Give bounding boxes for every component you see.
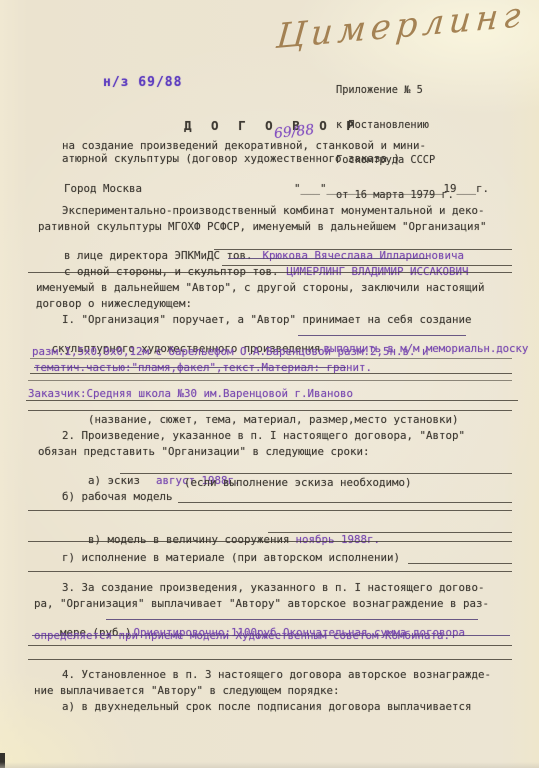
blank-underline (26, 400, 518, 401)
city-label: Город Москва (64, 182, 142, 195)
preamble-line2: ративной скульптуры МГОХФ РСФСР, именуем… (38, 220, 487, 233)
clause3-line2: ра, "Организация" выплачивает "Автору" а… (34, 597, 489, 610)
item-v-label: в) модель в величину сооружения (88, 533, 290, 546)
registration-stamp: н/з 69/88 (103, 75, 182, 90)
strike-line (34, 367, 346, 368)
form-rule (28, 510, 512, 511)
item-a-label: а) эскиз (88, 474, 140, 487)
strike-line (228, 258, 428, 259)
clause4-line2: ние выплачивается "Автору" в следующем п… (34, 684, 340, 697)
strike-line (106, 619, 478, 620)
item-v-date-fill: ноябрь 1988г. (296, 533, 381, 546)
clause2-line1: 2. Произведение, указанное в п. I настоя… (62, 429, 465, 442)
strike-line (298, 335, 466, 336)
handwritten-signature: Цимерлинг (275, 0, 527, 57)
clause2-line2: обязан представить "Организации" в следу… (38, 445, 370, 458)
blank-underline (214, 249, 512, 250)
form-rule (28, 659, 512, 660)
clause4-line1: 4. Установленное в п. 3 настоящего догов… (62, 668, 491, 681)
scanned-contract-page: Цимерлинг н/з 69/88 Приложение № 5 к Пос… (0, 0, 539, 768)
blank-underline (178, 502, 512, 503)
work-dimensions-fill: разм.1,5х0,9х0,12м с барельефом О.А.Варе… (32, 345, 429, 358)
blank-underline (222, 265, 512, 266)
blank-underline (268, 532, 512, 533)
preamble-line1: Экспериментально-производственный комбин… (62, 204, 485, 217)
item-b-label: б) рабочая модель (62, 490, 173, 503)
form-rule (28, 410, 512, 411)
caption-line: (название, сюжет, тема, материал, размер… (88, 413, 459, 426)
scan-edge-shadow (0, 762, 539, 768)
blank-underline (30, 358, 512, 359)
strike-line (32, 635, 510, 636)
document-title: Д О Г О В О Р (184, 119, 360, 132)
item-a-note: (если выполнение эскиза необходимо) (184, 476, 412, 489)
clause4-line3: а) в двухнедельный срок после подписания… (62, 700, 472, 713)
form-rule (28, 380, 512, 381)
date-blank: "___"__________________19___г. (294, 182, 489, 195)
subtitle-line2: атюрной скульптуры (договор художественн… (62, 152, 400, 165)
subtitle-line1: на создание произведений декоративной, с… (62, 139, 426, 152)
item-g-label: г) исполнение в материале (при авторском… (62, 551, 400, 564)
clause3-line1: 3. За создание произведения, указанного … (62, 581, 485, 594)
form-rule (28, 571, 512, 572)
customer-fill: Заказчик:Средняя школа №30 им.Варенцовой… (28, 387, 353, 400)
blank-underline (120, 473, 512, 474)
blank-underline (30, 373, 512, 374)
blank-underline (28, 645, 512, 646)
form-rule (28, 272, 512, 273)
preamble-line6: договор о нижеследующем: (36, 297, 192, 310)
blank-underline (408, 563, 512, 564)
appendix-line: Приложение № 5 (336, 85, 454, 97)
clause1-line1: I. "Организация" поручает, а "Автор" при… (62, 313, 472, 326)
form-rule (28, 541, 512, 542)
preamble-line5: именуемый в дальнейшем "Автор", с другой… (36, 281, 485, 294)
